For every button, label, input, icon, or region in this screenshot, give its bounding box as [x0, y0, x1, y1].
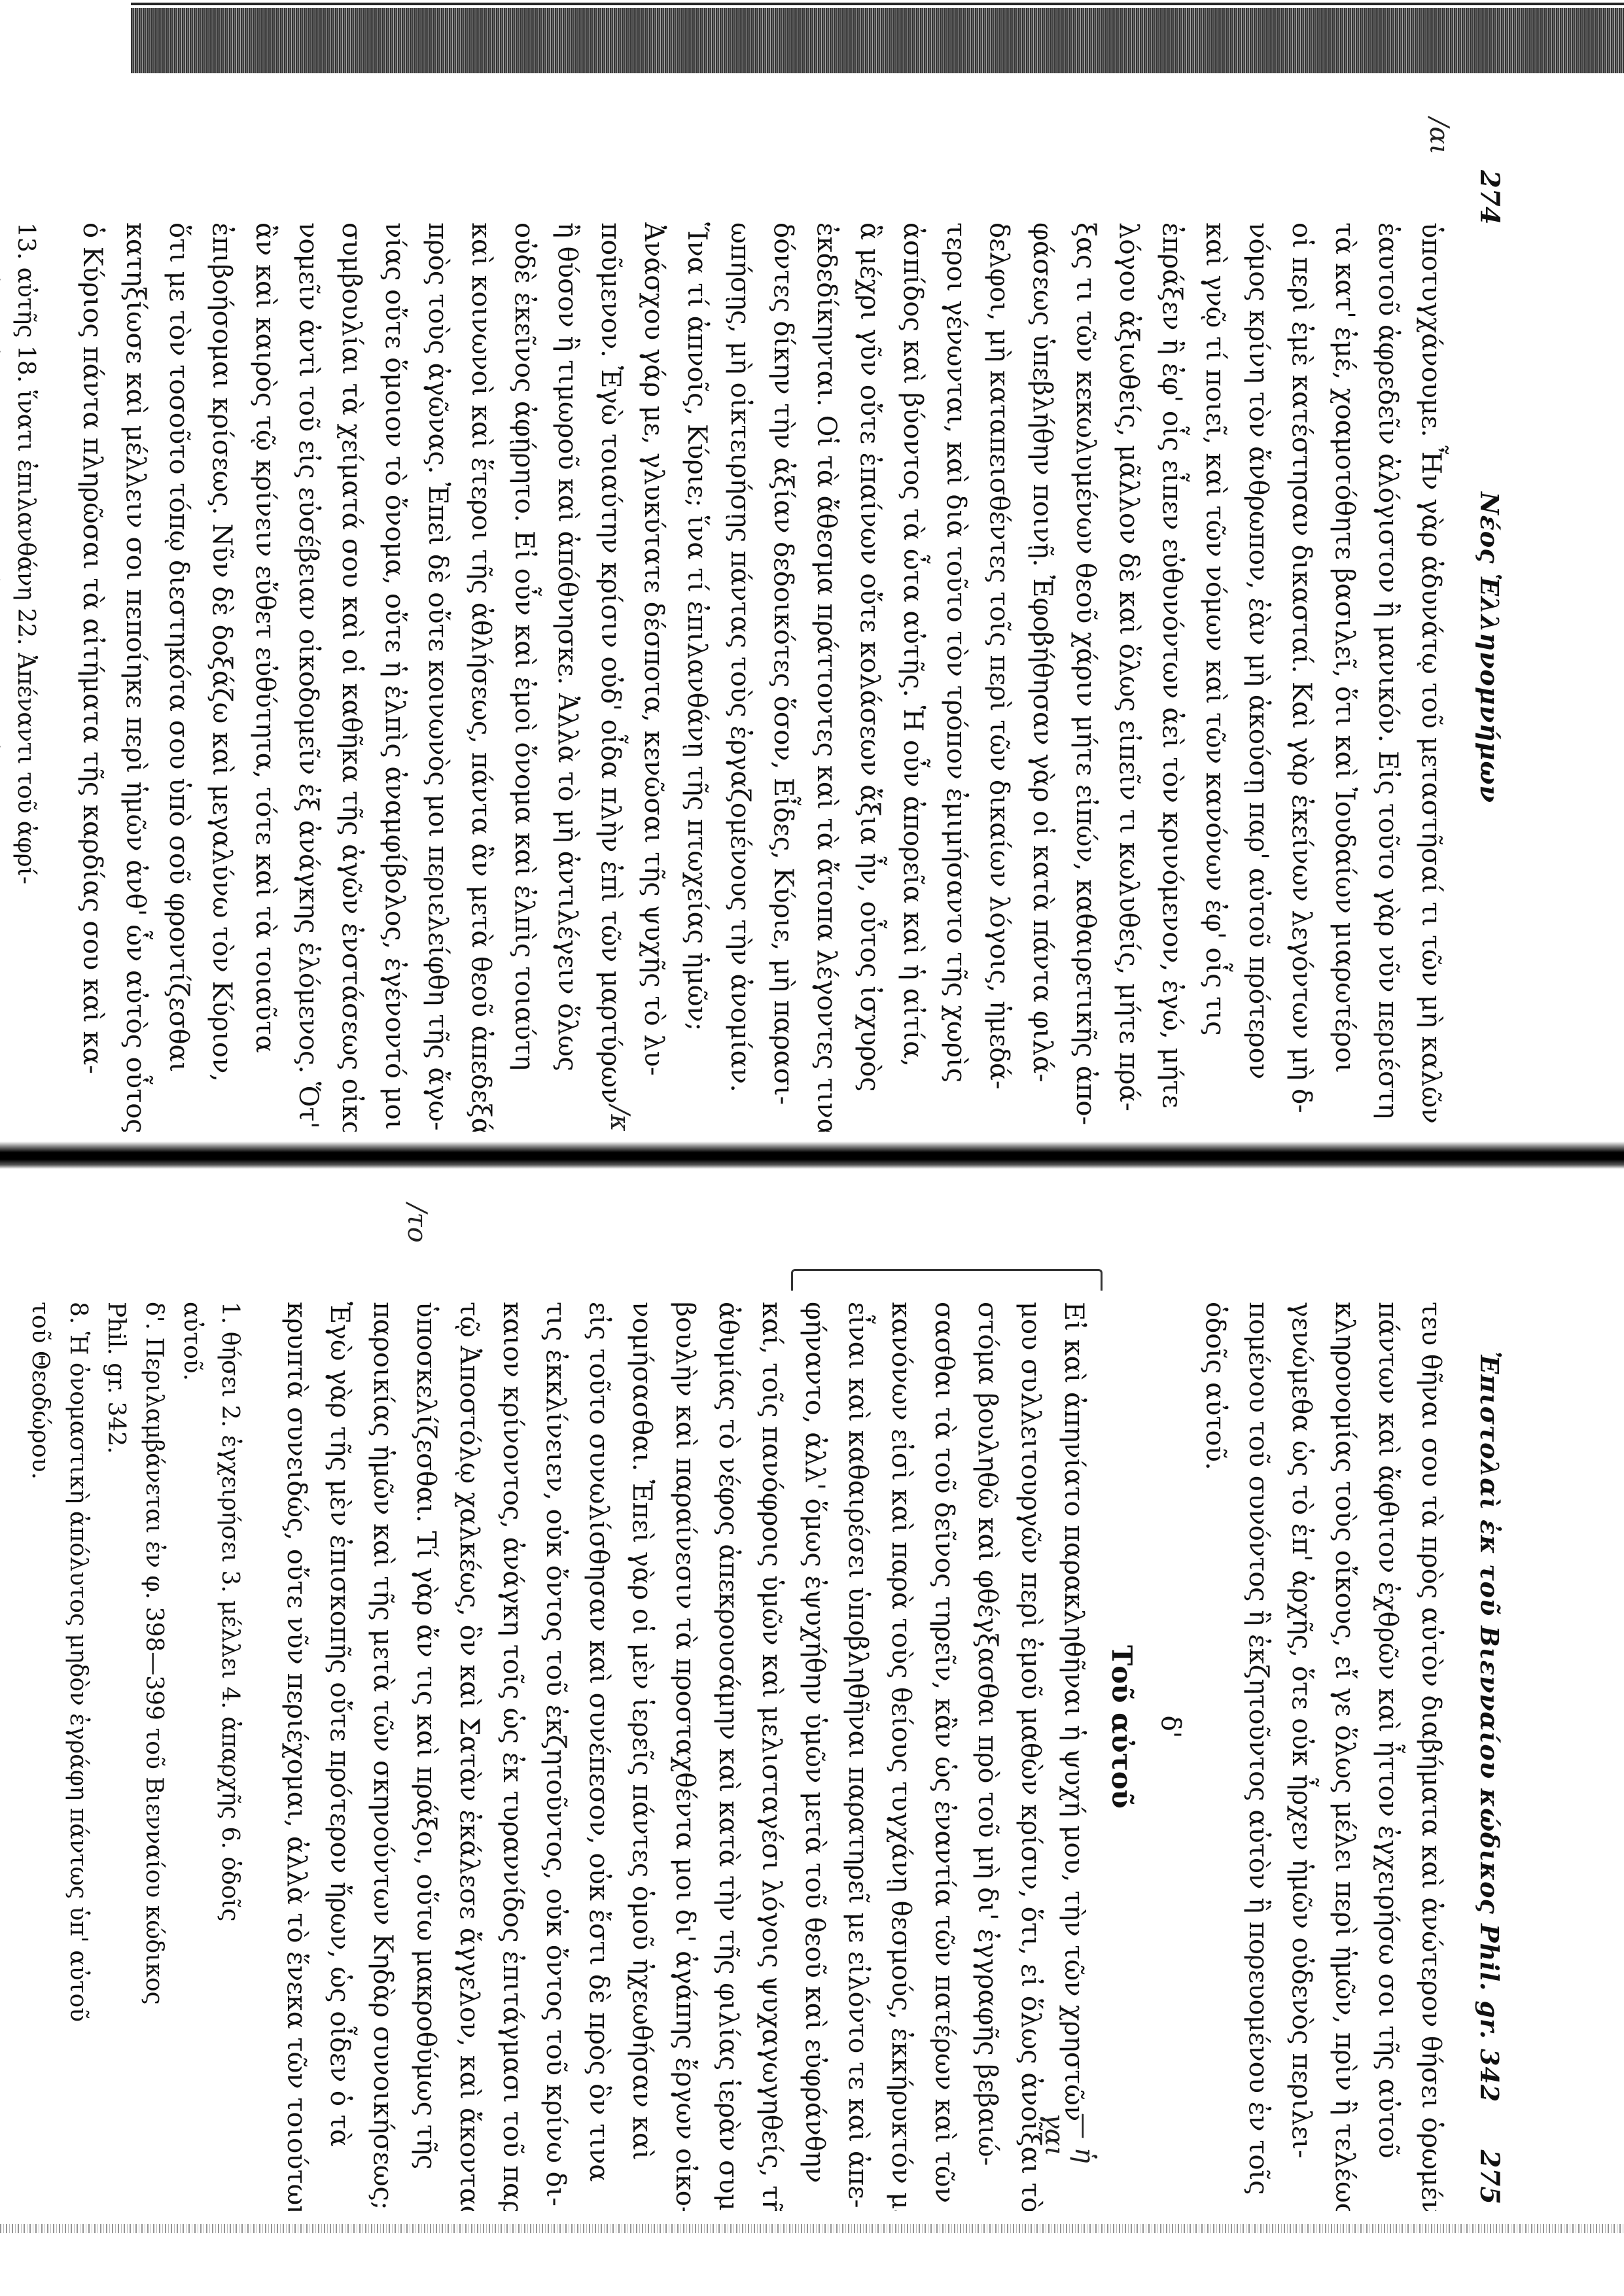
page-274: 274 Νέος Ἑλληνομνήμων 000 ὑποτυγχάνουμε.…	[131, 164, 1505, 1132]
running-head-title: Νέος Ἑλληνομνήμων	[1475, 225, 1504, 1071]
footnote-line: 8. Ἡ ὀνομαστικὴ ἀπόλυτος μηδὸν ἐγράφη πά…	[59, 1302, 97, 2211]
text-line: τῷ Ἀποστόλῳ χαλκέως, ὃν καὶ Σατὰν ἐκάλεσ…	[448, 1302, 491, 2211]
page-275: 000 Ἐπιστολαὶ ἐκ τοῦ Βιενναίου κώδικος P…	[131, 1243, 1505, 2211]
line-text: ωπήσῃς, μὴ οἰκτειρήσῃς πάντας τοὺς ἐργαζ…	[725, 222, 755, 1092]
line-text: σασθαι τὰ τοῦ δεῖνος τηρεῖν, κἂν ὡς ἐναν…	[929, 1302, 959, 2203]
text-line: εἶναι καὶ καθαιρέσει ὑποβληθῆναι παρατηρ…	[836, 1302, 879, 2211]
text-line: οὐδὲ ἐκεῖνος ἀφῄρητο. Εἰ οὖν καὶ ἐμοὶ ὄν…	[503, 222, 546, 1132]
footnote-line: στο ἐν τῇ ᾠδῇ. Γράφεται καὶ ἀπείρητο. 23…	[0, 222, 7, 1132]
line-text: λόγου ἀξιωθείς, μᾶλλον δὲ καὶ ὅλως εἰπεῖ…	[1114, 222, 1144, 1111]
line-text: φήναντο, ἀλλ' ὅμως ἐψυχήθην ὑμῶν μετὰ το…	[800, 1302, 830, 2183]
running-head: 000 Ἐπιστολαὶ ἐκ τοῦ Βιενναίου κώδικος P…	[1453, 1243, 1505, 2211]
text-line: ὑποτυγχάνουμε. Ἦν γὰρ ἀδυνάτῳ τοῦ μεταστ…	[1409, 222, 1453, 1132]
line-text: στόμα βουληθῶ καὶ φθέγξασθαι πρὸ τοῦ μὴ …	[972, 1302, 1002, 2166]
line-text: εἶναι καὶ καθαιρέσει ὑποβληθῆναι παρατηρ…	[843, 1302, 873, 2208]
footnote-line: δ'. Περιλαμβάνεται ἐν φ. 398—399 τοῦ Βιε…	[135, 1302, 173, 2211]
line-text: ἀσπίδος καὶ βύοντος τὰ ὦτα αὐτῆς. Ἡ οὖν …	[898, 222, 928, 1067]
line-text: κληρονομίας τοὺς οἴκους, εἴ γε ὅλως μέλε…	[1330, 1302, 1360, 2211]
line-text: βουλὴν καὶ παραίνεσιν τὰ προσταχθέντα μο…	[670, 1302, 700, 2211]
body-text: Εἰ καὶ ἀπηνίατο παρακληθῆναι ἡ ψυχή μου,…	[275, 1243, 1095, 2211]
scanner-edge-bottom	[0, 2224, 1624, 2233]
line-text: κανόνων εἰσὶ καὶ παρὰ τοὺς θείους τυγχάν…	[886, 1302, 916, 2211]
line-text: καιον κρίνοντος, ἀνάγκη τοῖς ὡς ἐκ τυραν…	[497, 1302, 527, 2211]
text-line: ὑποσκελίζεσθαι. Τί γὰρ ἄν τις καὶ πράξοι…	[404, 1302, 448, 2211]
footnote-line: τοῦ Θεοδώρου.	[21, 1302, 59, 2211]
line-text: τὰ κατ' ἐμέ, χοαμοτόθητε βασιλεῖ, ὅτι κα…	[1330, 222, 1360, 1073]
line-text: νομήσασθαι. Ἐπεὶ γὰρ οἱ μὲν ἱερεῖς πάντε…	[627, 1302, 657, 2161]
section-number: δ'	[1148, 1243, 1193, 2211]
text-line: μου συλλειτουργῶν περὶ ἐμοῦ μαθὼν κρίσιν…	[1009, 1302, 1052, 2211]
line-text: ὅτι με τὸν τοσοῦτο τόπῳ διεστηκότα σου ὑ…	[164, 222, 194, 1072]
page-number: 275	[1474, 2150, 1505, 2205]
text-line: ἑαυτοῦ ἀφρεδεῖν ἀλόγιστον ἢ μανικόν. Εἰς…	[1366, 222, 1409, 1132]
text-line: ἃ μέχρι γῦν οὔτε ἐπαίνων οὔτε κολάσεων ἄ…	[848, 222, 891, 1132]
text-line: βουλὴν καὶ παραίνεσιν τὰ προσταχθέντα μο…	[663, 1302, 707, 2211]
line-text: ἢ θύσον ἢ τιμωροῦ καὶ ἀπόθνησκε. Ἀλλὰ τὸ…	[552, 222, 582, 1071]
text-line: τις ἐκκλίνειεν, οὐκ ὄντος τοῦ ἐκζητοῦντο…	[534, 1302, 577, 2211]
section-title: Τοῦ αὐτοῦ	[1095, 1243, 1148, 2211]
text-line: 20ποῦμενον. Ἐγὼ τοιαύτην κρίσιν οὐδ' οἶδ…	[589, 222, 632, 1132]
text-line: Ἐγὼ γὰρ τῆς μὲν ἐπισκοπῆς οὔτε πρότερον …	[318, 1302, 361, 2211]
text-line: λόγου ἀξιωθείς, μᾶλλον δὲ καὶ ὅλως εἰπεῖ…	[1107, 222, 1150, 1132]
line-text: πάντων καὶ ἄφθιτον ἐχθρῶν καὶ ἦττον ἐγχε…	[1373, 1302, 1403, 2159]
handwritten-bracket	[791, 1269, 1103, 1291]
text-line: ἐπιβοήσομαι κρίσεως. Νῦν δὲ δοξάζω καὶ μ…	[200, 222, 243, 1132]
text-line: 30ὅτι με τὸν τοσοῦτο τόπῳ διεστηκότα σου…	[157, 222, 200, 1132]
text-line: φήναντο, ἀλλ' ὅμως ἐψυχήθην ὑμῶν μετὰ το…	[793, 1302, 836, 2211]
text-line: δελφοι, μὴ καταπεισθέντες τοῖς περὶ τῶν …	[978, 222, 1021, 1132]
text-line: οἱ περὶ ἐμὲ κατέστησαν δικασταί. Καὶ γὰρ…	[1280, 222, 1323, 1132]
line-text: κατηξίωσε καὶ μέλλειν σοι πεποίηκε περὶ …	[120, 222, 150, 1132]
line-text: εἰς τοῦτο συνωλίσθησαν καὶ συνέπεσον, οὐ…	[584, 1302, 614, 2182]
line-text: ξας τι τῶν κεκωλυμένων θεοῦ χάριν μήτε ε…	[1070, 222, 1101, 1125]
text-line: ὁδοῖς αὐτοῦ.	[1193, 1302, 1237, 2211]
text-line: 25νίας οὔτε ὅμοιον τὸ ὄνομα, οὔτε ἡ ἐλπὶ…	[373, 222, 416, 1132]
line-text: Εἰ καὶ ἀπηνίατο παρακληθῆναι ἡ ψυχή μου,…	[1059, 1302, 1089, 2121]
line-text: ἀθυμίας τὸ νέφος ἀπεκρουσάμην καὶ κατὰ τ…	[713, 1302, 743, 2211]
line-text: οὐδὲ ἐκεῖνος ἀφῄρητο. Εἰ οὖν καὶ ἐμοὶ ὄν…	[509, 222, 539, 1070]
line-text: ὑποτυγχάνουμε. Ἦν γὰρ ἀδυνάτῳ τοῦ μεταστ…	[1416, 222, 1446, 1124]
line-text: τευ θῆναι σου τὰ πρὸς αὐτὸν διαβήματα κα…	[1416, 1302, 1446, 2211]
footnote-line: 13. αὐτῆς 18. ἵνατι ἐπιλανθάνη 22. Ἀπένα…	[7, 222, 44, 1132]
line-text: δελφοι, μὴ καταπεισθέντες τοῖς περὶ τῶν …	[984, 222, 1014, 1089]
page-number: 274	[1474, 170, 1505, 225]
line-text: νόμος κρίνη τὸν ἄνθρωπον, ἐὰν μὴ ἀκούσῃ …	[1243, 222, 1273, 1079]
text-line: καὶ κοινωνοὶ καὶ ἕτεροι τῆς ἀθλήσεως, πά…	[459, 222, 503, 1132]
text-line: καί, τοῖς πανόφροις ὑμῶν καὶ μελισταγέσι…	[750, 1302, 793, 2211]
text-line: 10φάσεως ὑπεβλήθην ποινῇ. Ἐφοβήθησαν γὰρ…	[1021, 222, 1064, 1132]
line-text: οἱ περὶ ἐμὲ κατέστησαν δικασταί. Καὶ γὰρ…	[1286, 222, 1316, 1113]
line-text: Ἐγὼ γὰρ τῆς μὲν ἐπισκοπῆς οὔτε πρότερον …	[325, 1302, 355, 2147]
body-text-top: τευ θῆναι σου τὰ πρὸς αὐτὸν διαβήματα κα…	[1193, 1243, 1453, 2211]
text-line: 10σασθαι τὰ τοῦ δεῖνος τηρεῖν, κἂν ὡς ἐν…	[923, 1302, 966, 2211]
text-line: τὰ κατ' ἐμέ, χοαμοτόθητε βασιλεῖ, ὅτι κα…	[1323, 222, 1366, 1132]
text-line: ἐπράξεν ἢ ἐφ' οἷς εἶπεν εὐθυνόντων ἀεὶ τ…	[1150, 222, 1193, 1132]
running-head: 274 Νέος Ἑλληνομνήμων 000	[1453, 164, 1505, 1132]
line-text: ἐπιβοήσομαι κρίσεως. Νῦν δὲ δοξάζω καὶ μ…	[207, 222, 237, 1082]
text-line: ἢ θύσον ἢ τιμωροῦ καὶ ἀπόθνησκε. Ἀλλὰ τὸ…	[546, 222, 589, 1132]
line-text: Ἀνάσχου γάρ με, γλυκύτατε δέσποτα, κενῶσ…	[639, 222, 669, 1076]
line-text: νομεῖν ἀντὶ τοῦ εἰς εὐσέβειαν οἰκοδομεῖν…	[293, 222, 323, 1129]
text-line: ἂν καὶ καιρὸς τῷ κρίνειν εὔθετ εὐθύτητα,…	[243, 222, 287, 1132]
line-text: ἃ μέχρι γῦν οὔτε ἐπαίνων οὔτε κολάσεων ἄ…	[855, 222, 885, 1092]
handwritten-margin-mark: /το	[402, 1204, 432, 1243]
line-text: καὶ γνῷ τί ποιεῖ, καὶ τῶν νόμων καὶ τῶν …	[1200, 222, 1230, 1035]
text-line: παροικίας ἡμῶν καὶ τῆς μετὰ τῶν σκηνούντ…	[361, 1302, 404, 2211]
running-head-title: Ἐπιστολαὶ ἐκ τοῦ Βιενναίου κώδικος Phil.…	[1475, 1304, 1504, 2150]
line-text: καί, τοῖς πανόφροις ὑμῶν καὶ μελισταγέσι…	[756, 1302, 786, 2211]
text-line: κατηξίωσε καὶ μέλλειν σοι πεποίηκε περὶ …	[114, 222, 157, 1132]
text-line: πρὸς τοὺς ἀγῶνας. Ἐπεὶ δὲ οὔτε κοινωνὸς …	[416, 222, 459, 1132]
line-text: καὶ κοινωνοὶ καὶ ἕτεροι τῆς ἀθλήσεως, πά…	[466, 222, 496, 1132]
handwritten-margin-note: /αι	[1424, 118, 1454, 154]
line-text: ὁ Κύριος πάντα πληρῶσαι τὰ αἰτήματα τῆς …	[77, 222, 107, 1074]
line-text: τῷ Ἀποστόλῳ χαλκέως, ὃν καὶ Σατὰν ἐκάλεσ…	[454, 1302, 484, 2211]
footnotes: 1. θήσει 2. ἐγχειρήσει 3. μέλλει 4. ἀπαρ…	[21, 1243, 249, 2211]
line-text: πρὸς τοὺς ἀγῶνας. Ἐπεὶ δὲ οὔτε κοινωνὸς …	[423, 222, 453, 1131]
text-line: ἀσπίδος καὶ βύοντος τὰ ὦτα αὐτῆς. Ἡ οὖν …	[891, 222, 934, 1132]
footnote-line: Phil. gr. 342.	[97, 1302, 135, 2211]
line-text: ἐκδεδίκηνται. Οἱ τὰ ἄθεσμα πράττοντες κα…	[811, 222, 841, 1132]
line-text: ὑποσκελίζεσθαι. Τί γὰρ ἄν τις καὶ πράξοι…	[411, 1302, 441, 2169]
text-line: ωπήσῃς, μὴ οἰκτειρήσῃς πάντας τοὺς ἐργαζ…	[718, 222, 762, 1132]
line-text: πομένου τοῦ συνόντος ἢ ἐκζητοῦντος αὐτὸν…	[1243, 1302, 1273, 2195]
line-text: ὁδοῖς αὐτοῦ.	[1200, 1302, 1230, 1470]
line-text: κρυπτὰ συνειδώς, οὔτε νῦν περιέχομαι, ἀλ…	[281, 1302, 311, 2211]
body-text: ὑποτυγχάνουμε. Ἦν γὰρ ἀδυνάτῳ τοῦ μεταστ…	[71, 164, 1453, 1132]
line-text: τεροι γένωνται, καὶ διὰ τοῦτο τὸν τρόπον…	[941, 222, 971, 1083]
line-text: μου συλλειτουργῶν περὶ ἐμοῦ μαθὼν κρίσιν…	[1015, 1302, 1046, 2211]
footnotes: 13. αὐτῆς 18. ἵνατι ἐπιλανθάνη 22. Ἀπένα…	[0, 164, 44, 1132]
footnote-line: αὐτοῦ.	[173, 1302, 211, 2211]
text-line: συμβουλίαι τὰ χείματά σου καὶ οἱ καθῆκα …	[330, 222, 373, 1132]
text-line: ξας τι τῶν κεκωλυμένων θεοῦ χάριν μήτε ε…	[1064, 222, 1107, 1132]
text-line: 15ἐκδεδίκηνται. Οἱ τὰ ἄθεσμα πράττοντες …	[805, 222, 848, 1132]
line-text: ἂν καὶ καιρὸς τῷ κρίνειν εὔθετ εὐθύτητα,…	[250, 222, 280, 1052]
line-text: Ἵνα τί ἀπνοῖς, Κύριε; ἵνα τί ἐπιλανθάνῃ …	[682, 222, 712, 1031]
text-line: εἰς τοῦτο συνωλίσθησαν καὶ συνέπεσον, οὐ…	[577, 1302, 620, 2211]
book-spine-shadow	[0, 1141, 1624, 1169]
line-text: νίας οὔτε ὅμοιον τὸ ὄνομα, οὔτε ἡ ἐλπὶς …	[380, 222, 410, 1130]
text-line: Ἀνάσχου γάρ με, γλυκύτατε δέσποτα, κενῶσ…	[632, 222, 675, 1132]
text-line: 20καιον κρίνοντος, ἀνάγκη τοῖς ὡς ἐκ τυρ…	[491, 1302, 534, 2211]
text-line: γενώμεθα ὡς τὸ ἐπ' ἀρχῆς, ὅτε οὐκ ἦρχεν …	[1280, 1302, 1323, 2211]
handwritten-margin-mark: /κ	[605, 1105, 635, 1132]
text-line: 5πομένου τοῦ συνόντος ἢ ἐκζητοῦντος αὐτὸ…	[1237, 1302, 1280, 2211]
text-line: κληρονομίας τοὺς οἴκους, εἴ γε ὅλως μέλε…	[1323, 1302, 1366, 2211]
text-line: 5νόμος κρίνη τὸν ἄνθρωπον, ἐὰν μὴ ἀκούσῃ…	[1237, 222, 1280, 1132]
line-text: τις ἐκκλίνειεν, οὐκ ὄντος τοῦ ἐκζητοῦντο…	[540, 1302, 571, 2206]
line-text: παροικίας ἡμῶν καὶ τῆς μετὰ τῶν σκηνούντ…	[368, 1302, 398, 2210]
line-text: ἑαυτοῦ ἀφρεδεῖν ἀλόγιστον ἢ μανικόν. Εἰς…	[1373, 222, 1403, 1119]
line-text: φάσεως ὑπεβλήθην ποινῇ. Ἐφοβήθησαν γὰρ ο…	[1027, 222, 1057, 1083]
line-text: ἐπράξεν ἢ ἐφ' οἷς εἶπεν εὐθυνόντων ἀεὶ τ…	[1157, 222, 1187, 1108]
line-text: γενώμεθα ὡς τὸ ἐπ' ἀρχῆς, ὅτε οὐκ ἦρχεν …	[1286, 1302, 1316, 2159]
handwritten-margin-note: — ἡ γαι	[1039, 2113, 1099, 2211]
scanner-edge-top	[131, 8, 1624, 73]
footnote-line: 1. θήσει 2. ἐγχειρήσει 3. μέλλει 4. ἀπαρ…	[211, 1302, 249, 2211]
text-line: νομεῖν ἀντὶ τοῦ εἰς εὐσέβειαν οἰκοδομεῖν…	[287, 222, 330, 1132]
line-text: ποῦμενον. Ἐγὼ τοιαύτην κρίσιν οὐδ' οἶδα …	[595, 222, 626, 1104]
text-line: δόντες δίκην τὴν ἀξίαν δεδοικότες ὅσον, …	[762, 222, 805, 1132]
text-line: Ἵνα τί ἀπνοῖς, Κύριε; ἵνα τί ἐπιλανθάνῃ …	[675, 222, 718, 1132]
text-line: καὶ γνῷ τί ποιεῖ, καὶ τῶν νόμων καὶ τῶν …	[1193, 222, 1237, 1132]
text-line: στόμα βουληθῶ καὶ φθέγξασθαι πρὸ τοῦ μὴ …	[966, 1302, 1009, 2211]
text-line: νομήσασθαι. Ἐπεὶ γὰρ οἱ μὲν ἱερεῖς πάντε…	[620, 1302, 663, 2211]
text-line: πάντων καὶ ἄφθιτον ἐχθρῶν καὶ ἦττον ἐγχε…	[1366, 1302, 1409, 2211]
text-line: κανόνων εἰσὶ καὶ παρὰ τοὺς θείους τυγχάν…	[879, 1302, 923, 2211]
line-text: δόντες δίκην τὴν ἀξίαν δεδοικότες ὅσον, …	[768, 222, 798, 1105]
text-line: 25κρυπτὰ συνειδώς, οὔτε νῦν περιέχομαι, …	[275, 1302, 318, 2211]
text-line: ὁ Κύριος πάντα πληρῶσαι τὰ αἰτήματα τῆς …	[71, 222, 114, 1132]
text-line: τευ θῆναι σου τὰ πρὸς αὐτὸν διαβήματα κα…	[1409, 1302, 1453, 2211]
text-line: Εἰ καὶ ἀπηνίατο παρακληθῆναι ἡ ψυχή μου,…	[1052, 1302, 1095, 2211]
text-line: τεροι γένωνται, καὶ διὰ τοῦτο τὸν τρόπον…	[934, 222, 978, 1132]
text-line: 15ἀθυμίας τὸ νέφος ἀπεκρουσάμην καὶ κατὰ…	[707, 1302, 750, 2211]
line-text: συμβουλίαι τὰ χείματά σου καὶ οἱ καθῆκα …	[336, 222, 366, 1132]
